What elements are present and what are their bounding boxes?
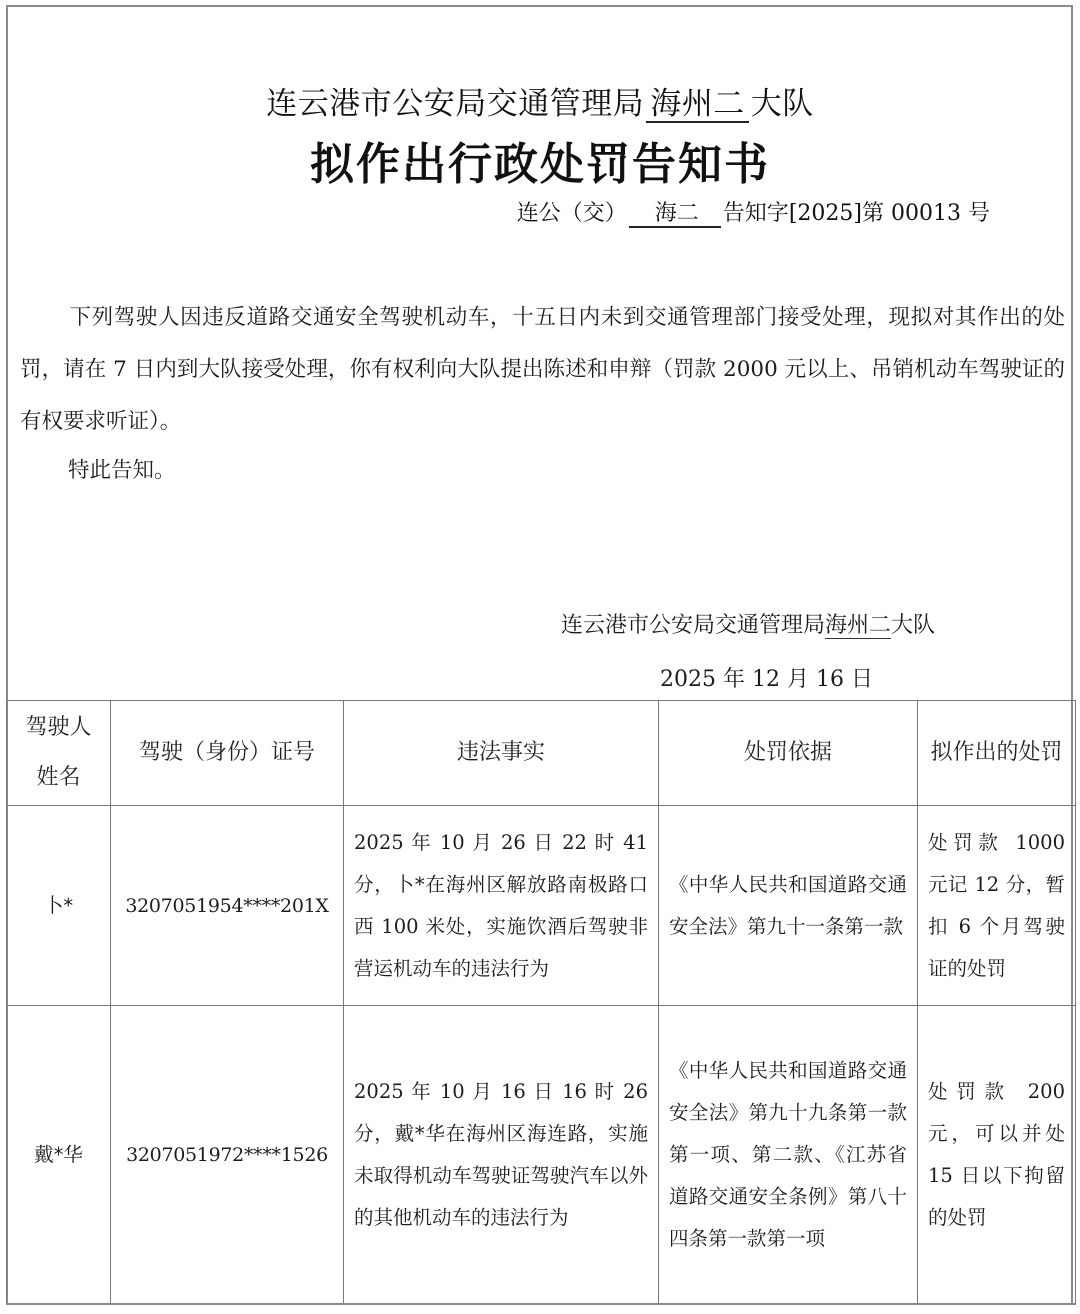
notice-paragraph: 下列驾驶人因违反道路交通安全驾驶机动车，十五日内未到交通管理部门接受处理，现拟对… bbox=[20, 292, 1065, 448]
org-unit-blank: 海州二 bbox=[646, 88, 749, 123]
penalty-basis: 《中华人民共和国道路交通安全法》第九十九条第一款第一项、第二款、《江苏省道路交通… bbox=[659, 1006, 918, 1305]
signature-org-unit: 海州二 bbox=[825, 613, 891, 639]
signature-organization: 连云港市公安局交通管理局海州二大队 bbox=[561, 608, 935, 639]
notice-body: 下列驾驶人因违反道路交通安全驾驶机动车，十五日内未到交通管理部门接受处理，现拟对… bbox=[20, 292, 1065, 448]
driver-name: 戴*华 bbox=[7, 1006, 111, 1305]
header-driver-name: 驾驶人姓名 bbox=[7, 701, 111, 806]
org-suffix: 大队 bbox=[751, 86, 814, 122]
doc-number-middle: 告知字 bbox=[723, 201, 789, 226]
doc-number-unit: 海二 bbox=[629, 202, 721, 228]
violation-fact: 2025 年 10 月 26 日 22 时 41 分，卜*在海州区解放路南极路口… bbox=[344, 806, 659, 1006]
violation-fact: 2025 年 10 月 16 日 16 时 26 分，戴*华在海州区海连路，实施… bbox=[344, 1006, 659, 1305]
doc-number-di: 第 bbox=[862, 201, 884, 226]
doc-number-suffix: 号 bbox=[968, 201, 990, 226]
table-header-row: 驾驶人姓名 驾驶（身份）证号 违法事实 处罚依据 拟作出的处罚 bbox=[7, 701, 1076, 806]
driver-name: 卜* bbox=[7, 806, 111, 1006]
signature-org-prefix: 连云港市公安局交通管理局 bbox=[561, 613, 825, 638]
document-title: 拟作出行政处罚告知书 bbox=[0, 128, 1080, 192]
header-violation-fact: 违法事实 bbox=[344, 701, 659, 806]
doc-number-value: 00013 bbox=[891, 201, 961, 226]
document-number: 连公（交）海二告知字[2025]第 00013 号 bbox=[517, 196, 990, 228]
signature-date: 2025 年 12 月 16 日 bbox=[660, 662, 873, 693]
table-row: 卜* 3207051954****201X 2025 年 10 月 26 日 2… bbox=[7, 806, 1076, 1006]
doc-number-prefix: 连公（交） bbox=[517, 201, 627, 226]
id-number: 3207051972****1526 bbox=[111, 1006, 344, 1305]
proposed-penalty: 处罚款 1000 元记 12 分，暂扣 6 个月驾驶证的处罚 bbox=[918, 806, 1076, 1006]
id-number: 3207051954****201X bbox=[111, 806, 344, 1006]
org-prefix: 连云港市公安局交通管理局 bbox=[266, 86, 644, 122]
issuing-organization: 连云港市公安局交通管理局海州二大队 bbox=[0, 78, 1080, 123]
penalty-basis: 《中华人民共和国道路交通安全法》第九十一条第一款 bbox=[659, 806, 918, 1006]
header-id-number: 驾驶（身份）证号 bbox=[111, 701, 344, 806]
signature-org-suffix: 大队 bbox=[891, 613, 935, 638]
header-proposed-penalty: 拟作出的处罚 bbox=[918, 701, 1076, 806]
notice-closing: 特此告知。 bbox=[68, 445, 176, 497]
doc-number-year: [2025] bbox=[789, 201, 862, 226]
table-row: 戴*华 3207051972****1526 2025 年 10 月 16 日 … bbox=[7, 1006, 1076, 1305]
header-penalty-basis: 处罚依据 bbox=[659, 701, 918, 806]
penalty-table: 驾驶人姓名 驾驶（身份）证号 违法事实 处罚依据 拟作出的处罚 卜* 32070… bbox=[6, 700, 1076, 1305]
proposed-penalty: 处罚款 200 元，可以并处 15 日以下拘留的处罚 bbox=[918, 1006, 1076, 1305]
